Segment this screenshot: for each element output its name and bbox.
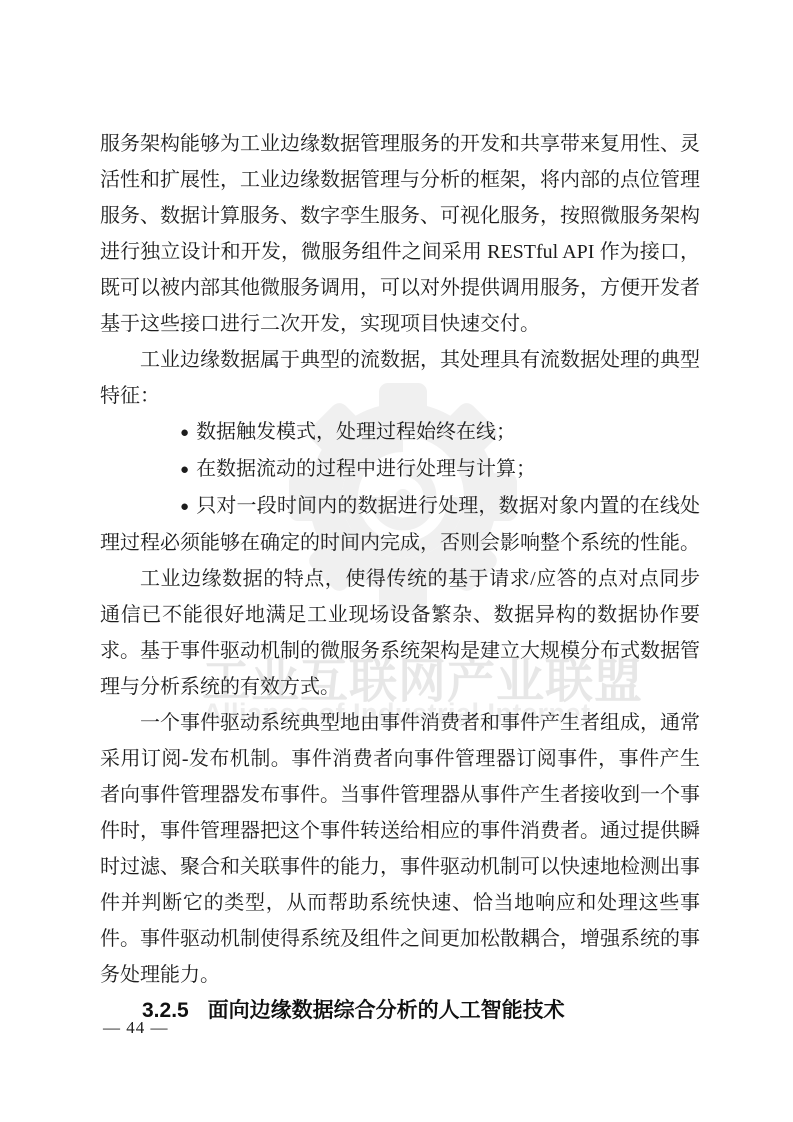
section-title: 面向边缘数据综合分析的人工智能技术 [208, 999, 565, 1022]
paragraph: 一个事件驱动系统典型地由事件消费者和事件产生者组成，通常采用订阅-发布机制。事件… [100, 705, 700, 993]
bullet-item: ●在数据流动的过程中进行处理与计算； [100, 451, 700, 488]
document-page: 工业互联网产业联盟 Alliance of Industrial Interne… [0, 0, 793, 1122]
bullet-icon: ● [140, 489, 189, 525]
bullet-text: 只对一段时间内的数据进行处理，数据对象内置的在线处理过程必须能够在确定的时间内完… [100, 495, 700, 554]
paragraph-continuation: 服务架构能够为工业边缘数据管理服务的开发和共享带来复用性、灵活性和扩展性，工业边… [100, 126, 700, 342]
paragraph: 工业边缘数据属于典型的流数据，其处理具有流数据处理的典型特征： [100, 342, 700, 414]
section-heading: 3.2.5面向边缘数据综合分析的人工智能技术 [100, 993, 700, 1029]
bullet-item: ●数据触发模式，处理过程始终在线； [100, 414, 700, 451]
bullet-text: 数据触发模式，处理过程始终在线； [196, 421, 516, 443]
page-body: 服务架构能够为工业边缘数据管理服务的开发和共享带来复用性、灵活性和扩展性，工业边… [100, 126, 700, 1029]
page-number: — 44 — [103, 1018, 169, 1038]
bullet-text: 在数据流动的过程中进行处理与计算； [196, 458, 536, 480]
paragraph: 工业边缘数据的特点，使得传统的基于请求/应答的点对点同步通信已不能很好地满足工业… [100, 561, 700, 705]
bullet-icon: ● [140, 415, 189, 451]
bullet-item: ●只对一段时间内的数据进行处理，数据对象内置的在线处理过程必须能够在确定的时间内… [100, 488, 700, 561]
bullet-icon: ● [140, 452, 189, 488]
